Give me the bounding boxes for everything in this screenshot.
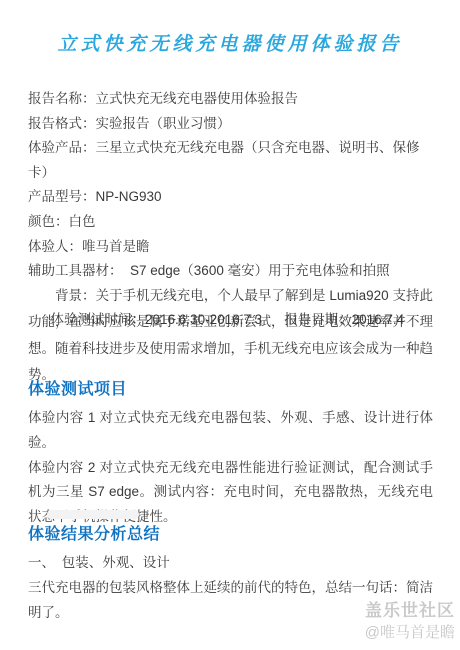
test-item-1-paragraph: 体验内容 1 对立式快充无线充电器包装、外观、手感、设计进行体验。	[28, 406, 433, 456]
meta-line-tester: 体验人：唯马首是瞻	[28, 235, 434, 260]
watermark-author: @唯马首是瞻	[365, 622, 455, 644]
watermark: 盖乐世社区 @唯马首是瞻	[365, 599, 455, 644]
meta-line-model: 产品型号：NP-NG930	[28, 185, 434, 210]
meta-line-tools: 辅助工具器材： S7 edge（3600 毫安）用于充电体验和拍照	[28, 259, 434, 284]
meta-line-color: 颜色：白色	[28, 210, 434, 235]
summary-subheading-paragraph: 一、 包装、外观、设计	[28, 551, 433, 576]
background-paragraph: 背景：关于手机无线充电，个人最早了解到是 Lumia920 支持此功能，在当时应…	[28, 283, 433, 389]
report-title: 立式快充无线充电器使用体验报告	[0, 29, 460, 56]
section-summary-heading: 体验结果分析总结	[28, 525, 433, 545]
meta-line-report-name: 报告名称：立式快充无线充电器使用体验报告	[28, 87, 434, 112]
meta-line-report-format: 报告格式：实验报告（职业习惯）	[28, 112, 434, 137]
report-page: 立式快充无线充电器使用体验报告 报告名称：立式快充无线充电器使用体验报告 报告格…	[0, 0, 460, 650]
watermark-community: 盖乐世社区	[365, 599, 455, 622]
section-test-items-heading: 体验测试项目	[28, 380, 433, 400]
section-test-items: 体验测试项目 体验内容 1 对立式快充无线充电器包装、外观、手感、设计进行体验。…	[28, 380, 433, 530]
faint-smudge	[47, 510, 139, 519]
meta-line-product: 体验产品：三星立式快充无线充电器（只含充电器、说明书、保修卡）	[28, 136, 434, 185]
